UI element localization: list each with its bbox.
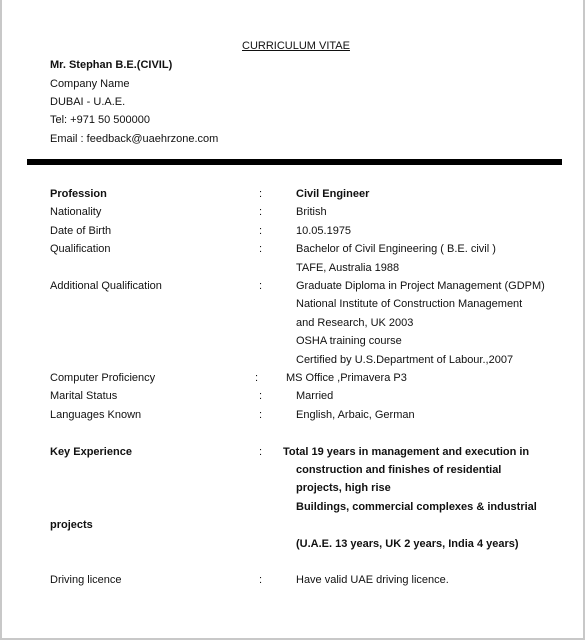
additional-qualification-label: Additional Qualification [50,280,162,293]
key-experience-line: Total 19 years in management and executi… [283,446,529,459]
additional-qualification-line: National Institute of Construction Manag… [296,298,522,311]
marital-status-label: Marital Status [50,390,117,403]
separator: : [259,409,262,422]
location: DUBAI - U.A.E. [50,96,125,109]
qualification-line: TAFE, Australia 1988 [296,262,399,275]
additional-qualification-line: Graduate Diploma in Project Management (… [296,280,545,293]
separator: : [259,574,262,587]
dob-label: Date of Birth [50,225,111,238]
profession-label: Profession [50,188,107,201]
additional-qualification-line: Certified by U.S.Department of Labour.,2… [296,354,513,367]
telephone: Tel: +971 50 500000 [50,114,150,127]
marital-status-value: Married [296,390,333,403]
computer-proficiency-label: Computer Proficiency [50,372,155,385]
driving-licence-value: Have valid UAE driving licence. [296,574,449,587]
separator: : [259,280,262,293]
qualification-label: Qualification [50,243,111,256]
additional-qualification-line: OSHA training course [296,335,402,348]
separator: : [259,390,262,403]
candidate-name: Mr. Stephan B.E.(CIVIL) [50,59,172,72]
computer-proficiency-value: MS Office ,Primavera P3 [286,372,407,385]
key-experience-line: Buildings, commercial complexes & indust… [296,501,537,514]
separator: : [259,446,262,459]
driving-licence-label: Driving licence [50,574,122,587]
profession-value: Civil Engineer [296,188,369,201]
header-divider [27,159,562,165]
document-title: CURRICULUM VITAE [242,40,350,53]
separator: : [259,188,262,201]
document-page: CURRICULUM VITAE Mr. Stephan B.E.(CIVIL)… [0,0,585,640]
key-experience-line: (U.A.E. 13 years, UK 2 years, India 4 ye… [296,538,519,551]
key-experience-line: projects [50,519,93,532]
additional-qualification-line: and Research, UK 2003 [296,317,413,330]
qualification-line: Bachelor of Civil Engineering ( B.E. civ… [296,243,496,256]
languages-label: Languages Known [50,409,141,422]
separator: : [259,243,262,256]
key-experience-label: Key Experience [50,446,132,459]
nationality-value: British [296,206,327,219]
separator: : [255,372,258,385]
separator: : [259,225,262,238]
nationality-label: Nationality [50,206,101,219]
key-experience-line: construction and finishes of residential [296,464,501,477]
key-experience-line: projects, high rise [296,482,391,495]
email: Email : feedback@uaehrzone.com [50,133,218,146]
company-name: Company Name [50,78,129,91]
dob-value: 10.05.1975 [296,225,351,238]
separator: : [259,206,262,219]
languages-value: English, Arbaic, German [296,409,415,422]
